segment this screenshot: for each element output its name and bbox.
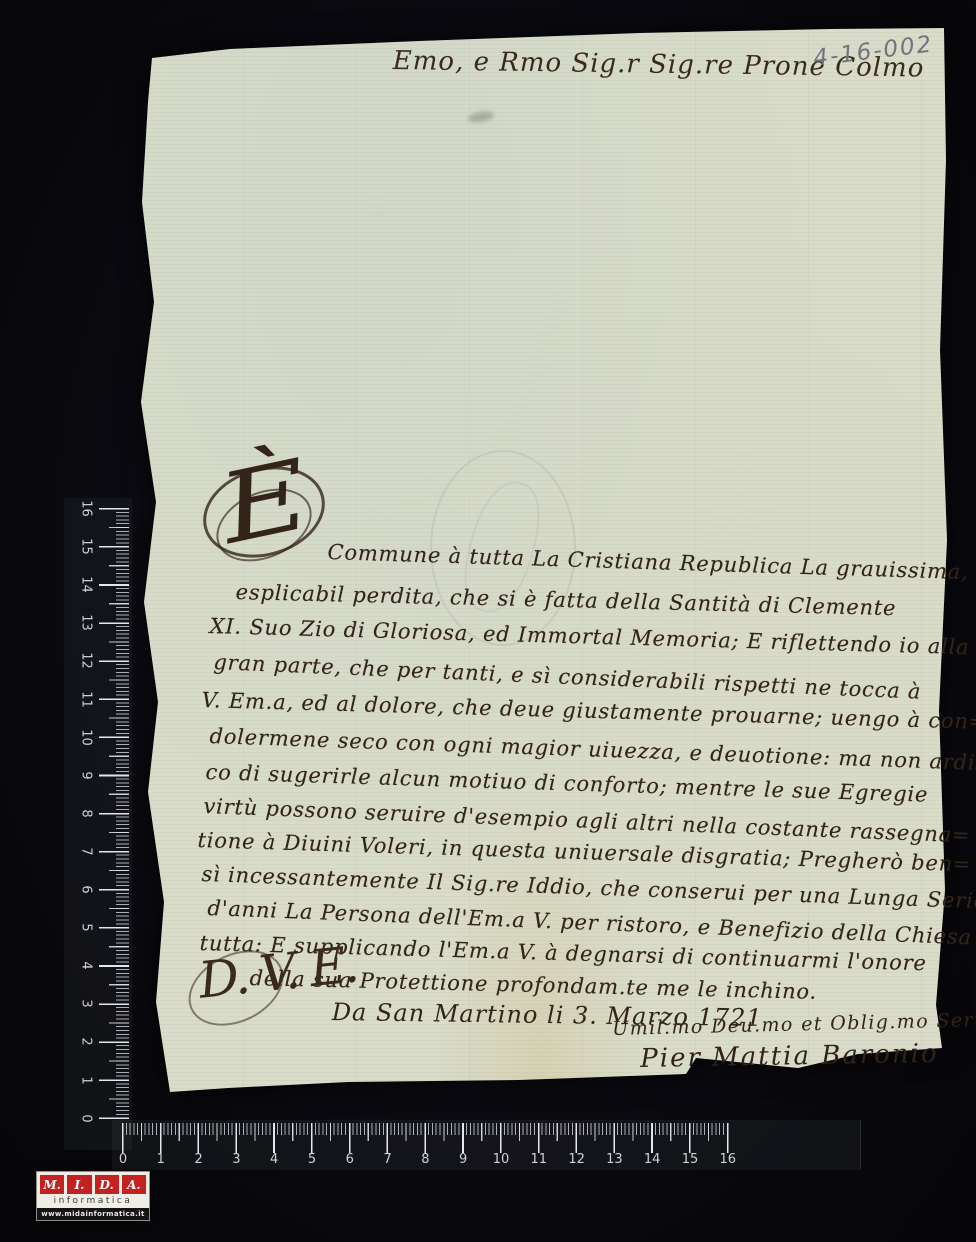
- vertical-ruler-number-6: 10: [79, 727, 94, 747]
- letter-body-line-0: Commune à tutta La Cristiana Republica L…: [327, 540, 976, 587]
- vertical-ruler-number-14: 2: [79, 1032, 94, 1052]
- vertical-ruler-number-16: 0: [79, 1108, 94, 1128]
- vertical-ruler-ticks: [99, 508, 129, 1119]
- mida-logo-letter-0: M.: [40, 1175, 64, 1194]
- vertical-ruler-number-9: 7: [79, 841, 94, 861]
- vertical-ruler-number-1: 15: [79, 537, 94, 557]
- mida-logo-letter-2: D.: [95, 1175, 119, 1194]
- vertical-ruler-number-7: 9: [79, 765, 94, 785]
- mida-logo: M.I.D.A. informatica www.midainformatica…: [36, 1171, 150, 1221]
- vertical-ruler-number-0: 16: [79, 499, 94, 519]
- mida-logo-name: informatica: [37, 1196, 149, 1208]
- horizontal-ruler-number-12: 12: [568, 1152, 586, 1167]
- vertical-ruler-number-2: 14: [79, 575, 94, 595]
- horizontal-ruler-number-3: 3: [227, 1152, 245, 1167]
- horizontal-ruler-number-4: 4: [265, 1152, 283, 1167]
- vertical-ruler-number-15: 1: [79, 1070, 94, 1090]
- horizontal-ruler-number-9: 9: [454, 1152, 472, 1167]
- horizontal-ruler-number-13: 13: [605, 1152, 623, 1167]
- horizontal-ruler-ticks: [122, 1123, 729, 1153]
- vertical-ruler-number-5: 11: [79, 689, 94, 709]
- vertical-ruler-number-8: 8: [79, 803, 94, 823]
- mida-logo-letters: M.I.D.A.: [37, 1172, 149, 1196]
- letter-body-line-2: XI. Suo Zio di Gloriosa, ed Immortal Mem…: [209, 614, 969, 659]
- horizontal-ruler-number-0: 0: [114, 1152, 132, 1167]
- horizontal-ruler-number-14: 14: [643, 1152, 661, 1167]
- horizontal-ruler-number-7: 7: [379, 1152, 397, 1167]
- horizontal-ruler-number-5: 5: [303, 1152, 321, 1167]
- digitization-photo: Emo, e Rmo Sig.r Sig.re Prone Colmo 4-16…: [0, 0, 976, 1242]
- horizontal-ruler-number-2: 2: [190, 1152, 208, 1167]
- horizontal-ruler-number-10: 10: [492, 1152, 510, 1167]
- horizontal-ruler-number-15: 15: [681, 1152, 699, 1167]
- horizontal-ruler-number-16: 16: [719, 1152, 737, 1167]
- vertical-ruler-number-12: 4: [79, 956, 94, 976]
- vertical-ruler-number-13: 3: [79, 994, 94, 1014]
- initial-letter: È: [211, 438, 320, 566]
- vertical-ruler-number-11: 5: [79, 918, 94, 938]
- horizontal-ruler-number-11: 11: [530, 1152, 548, 1167]
- mida-logo-url: www.midainformatica.it: [37, 1208, 149, 1220]
- vertical-ruler-number-4: 12: [79, 651, 94, 671]
- manuscript-text-layer: Emo, e Rmo Sig.r Sig.re Prone Colmo 4-16…: [0, 0, 976, 1242]
- vertical-ruler-number-3: 13: [79, 613, 94, 633]
- horizontal-ruler-number-6: 6: [341, 1152, 359, 1167]
- vertical-ruler: 161514131211109876543210: [64, 498, 132, 1150]
- horizontal-ruler: 012345678910111213141516: [112, 1120, 861, 1170]
- vertical-ruler-number-10: 6: [79, 880, 94, 900]
- mida-logo-letter-3: A.: [122, 1175, 146, 1194]
- letter-signature: Pier Mattia Baronio: [640, 1039, 939, 1074]
- horizontal-ruler-number-1: 1: [152, 1152, 170, 1167]
- horizontal-ruler-number-8: 8: [416, 1152, 434, 1167]
- mida-logo-letter-1: I.: [67, 1175, 91, 1194]
- letter-body-line-1: esplicabil perdita, che si è fatta della…: [235, 580, 896, 620]
